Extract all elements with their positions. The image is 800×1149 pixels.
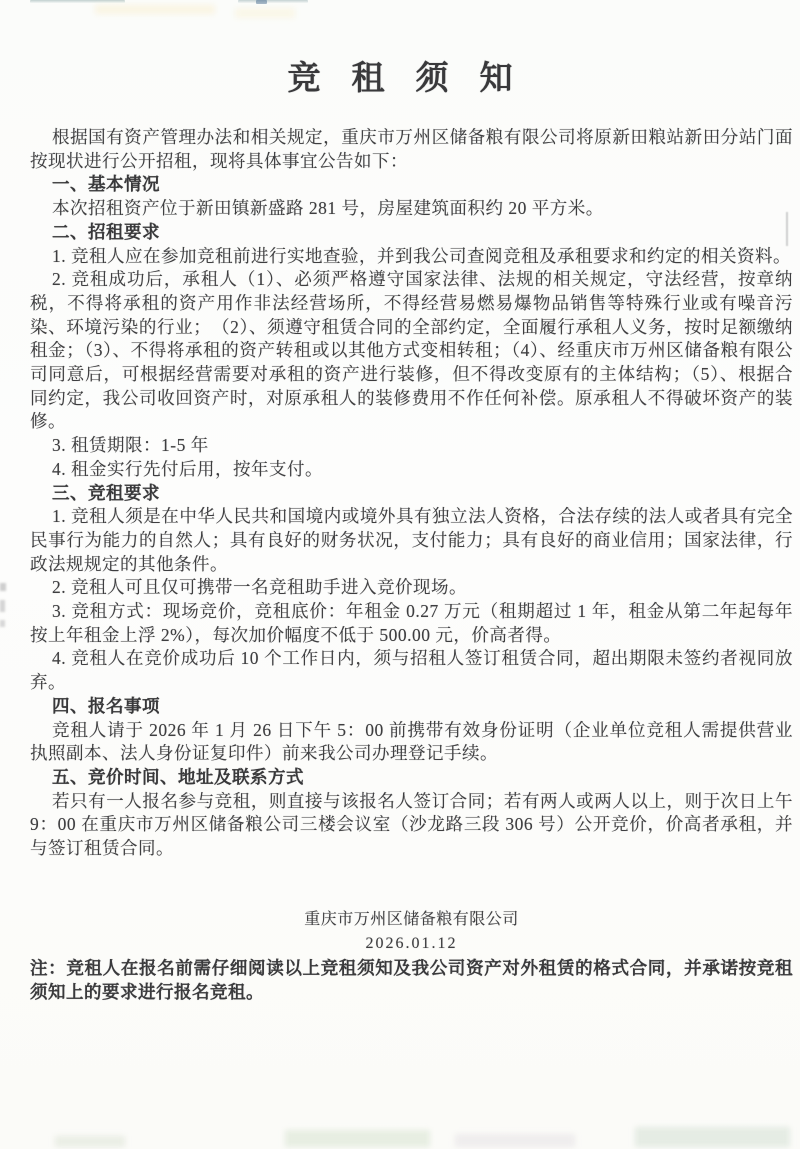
section-3-item-1: 1. 竞租人须是在中华人民共和国境内或境外具有独立法人资格，合法存续的法人或者具… <box>30 505 793 576</box>
intro-paragraph: 根据国有资产管理办法和相关规定，重庆市万州区储备粮有限公司将原新田粮站新田分站门… <box>30 126 793 173</box>
scan-artifact-bottom-mark <box>285 1130 430 1147</box>
section-4-paragraph: 竞租人请于 2026 年 1 月 26 日下午 5：00 前携带有效身份证明（企… <box>30 719 793 766</box>
scan-artifact-left-edge-mark <box>0 600 5 612</box>
scan-artifact-left-edge-mark <box>0 583 6 591</box>
section-4-heading: 四、报名事项 <box>30 695 793 719</box>
section-1-heading: 一、基本情况 <box>30 173 793 197</box>
scan-artifact-smudge <box>95 5 215 14</box>
section-3-item-4: 4. 竞租人在竞价成功后 10 个工作日内，须与招租人签订租赁合同，超出期限未签… <box>30 647 793 694</box>
section-2-item-4: 4. 租金实行先付后用，按年支付。 <box>30 458 793 482</box>
signature-company: 重庆市万州区储备粮有限公司 <box>30 908 793 933</box>
section-2-heading: 二、招租要求 <box>30 221 793 245</box>
scan-artifact-smudge <box>235 8 295 18</box>
signature-date: 2026.01.12 <box>30 932 793 957</box>
document-body: 根据国有资产管理办法和相关规定，重庆市万州区储备粮有限公司将原新田粮站新田分站门… <box>30 126 793 1004</box>
scan-artifact-top-strip-left <box>30 0 125 3</box>
section-2-item-1: 1. 竞租人应在参加竞租前进行实地查验，并到我公司查阅竞租及承租要求和约定的相关… <box>30 245 793 269</box>
scan-artifact-top-dot <box>256 0 267 4</box>
section-3-heading: 三、竞租要求 <box>30 482 793 506</box>
section-2-item-3: 3. 租赁期限：1-5 年 <box>30 434 793 458</box>
scanned-document-page: 竞租须知 根据国有资产管理办法和相关规定，重庆市万州区储备粮有限公司将原新田粮站… <box>0 0 800 1149</box>
signature-block: 重庆市万州区储备粮有限公司 2026.01.12 <box>30 908 793 957</box>
section-5-paragraph: 若只有一人报名参与竞租，则直接与该报名人签订合同；若有两人或两人以上，则于次日上… <box>30 790 793 861</box>
scan-artifact-bottom-mark <box>635 1127 790 1147</box>
scan-artifact-bottom-mark <box>455 1134 575 1147</box>
footer-note: 注：竞租人在报名前需仔细阅读以上竞租须知及我公司资产对外租赁的格式合同，并承诺按… <box>30 957 793 1004</box>
section-3-item-3: 3. 竞租方式：现场竞价，竞租底价：年租金 0.27 万元（租期超过 1 年，租… <box>30 600 793 647</box>
document-title: 竞租须知 <box>0 52 800 99</box>
section-1-paragraph: 本次招租资产位于新田镇新盛路 281 号，房屋建筑面积约 20 平方米。 <box>30 197 793 221</box>
section-5-heading: 五、竞价时间、地址及联系方式 <box>30 766 793 790</box>
section-2-item-2: 2. 竞租成功后，承租人（1）、必须严格遵守国家法律、法规的相关规定，守法经营，… <box>30 268 793 434</box>
section-3-item-2: 2. 竞租人可且仅可携带一名竞租助手进入竞价现场。 <box>30 576 793 600</box>
scan-artifact-left-edge-mark <box>0 620 5 627</box>
scan-artifact-bottom-mark <box>55 1136 125 1147</box>
scan-artifact-top-strip-right <box>238 0 308 3</box>
